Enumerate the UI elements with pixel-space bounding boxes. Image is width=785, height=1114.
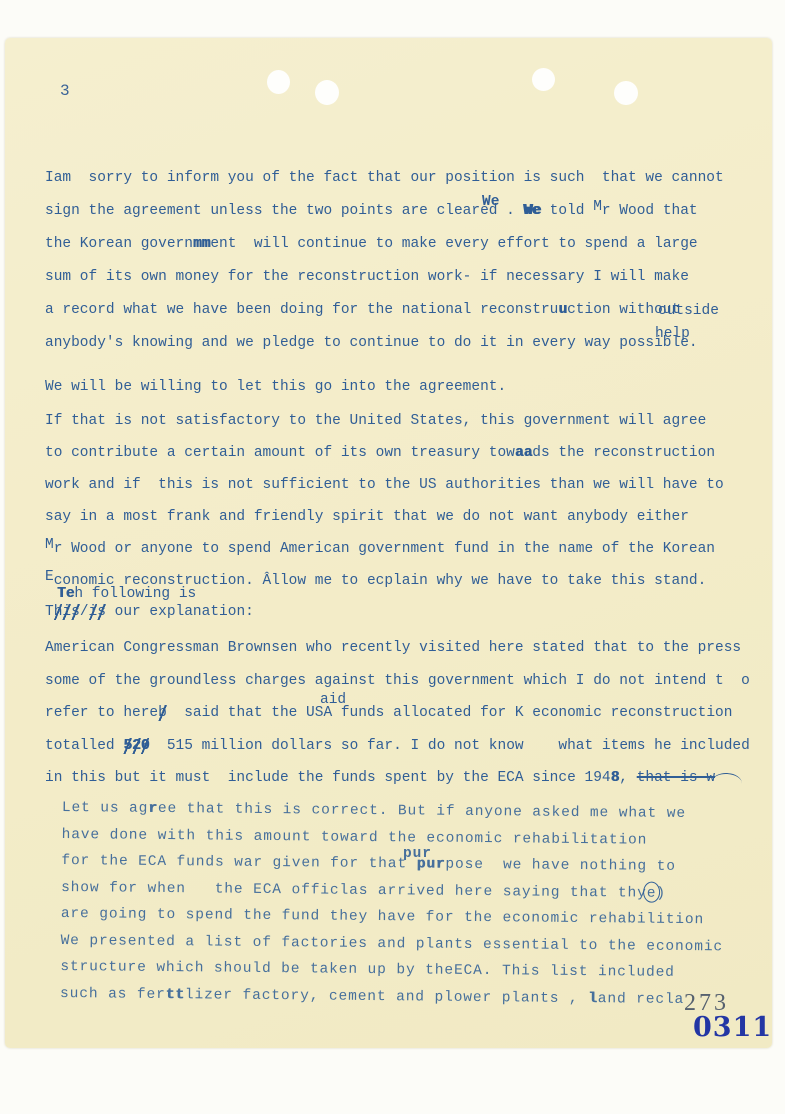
typed-insertion-pur: pur [403,846,432,862]
typed-correction: b [158,705,167,721]
text-line: Mr Wood or anyone to spend American gove… [45,533,724,565]
typed-correction: 8 [611,770,620,786]
text-line: say in a most frank and friendly spirit … [45,501,724,533]
document-page: 3 Iam sorry to inform you of the fact th… [5,38,772,1048]
line-our-explanation: This/is our explanation: [45,603,254,621]
punch-hole [315,80,339,105]
typed-text: T [45,604,54,620]
text-line: If that is not satisfactory to the Unite… [45,405,724,437]
text-line: Teh following is [57,585,196,603]
typed-text: ee that this is correct. But if anyone a… [158,801,686,822]
paragraph-congressman-brownsen: American Congressman Brownsen who recent… [45,632,750,795]
typed-text: We will be willing to let this go into t… [45,379,506,395]
text-line: the Korean governmment will continue to … [45,228,724,261]
typed-insertion-we: We [482,194,499,210]
typed-text: work and if this is not sufficient to th… [45,477,724,493]
text-line: Iam sorry to inform you of the fact that… [45,162,724,195]
typed-correction: s [97,604,106,620]
typed-text: a record what we have been doing for the… [45,302,558,318]
typed-text: refer to here [45,705,158,721]
text-line: to contribute a certain amount of its ow… [45,437,724,469]
typed-insertion-aid: aid [320,692,346,708]
typed-correction: mm [193,236,210,252]
typed-text: have done with this amount toward the ec… [62,826,648,848]
text-line: work and if this is not sufficient to th… [45,469,724,501]
typed-text: structure which should be taken up by th… [60,959,675,981]
paragraph-if-not-satisfactory: If that is not satisfactory to the Unite… [45,405,724,597]
typed-correction: r [148,801,158,817]
typed-text: told [541,203,593,219]
typed-text: 515 million dollars so far. I do not kno… [149,738,749,754]
text-line: sum of its own money for the reconstruct… [45,261,724,294]
typed-text: We presented a list of factories and pla… [61,932,724,954]
typed-text: said that the USA funds allocated for K … [167,705,733,721]
typed-text: ent will continue to make every effort t… [210,236,697,252]
typed-text: Iam sorry to inform you of the fact that… [45,170,724,186]
typed-correction: tt [166,987,185,1003]
typed-text: r Wood or anyone to spend American gover… [54,541,715,557]
typed-text: the Korean govern [45,236,193,252]
typed-correction: s [71,604,80,620]
text-line: such as ferttlizer factory, cement and p… [60,980,723,1013]
typed-text: totalled [45,738,123,754]
text-line: This/is our explanation: [45,603,254,621]
typed-correction: 5 [123,738,132,754]
typed-correction: e [647,885,657,901]
typed-correction: aa [515,445,532,461]
paragraph-willing-agreement: We will be willing to let this go into t… [45,371,506,404]
typed-correction: Te [57,586,74,602]
typed-correction: that is w [637,770,715,786]
typed-text: in this but it must include the funds sp… [45,770,611,786]
inserted-line-teh-following: Teh following is [57,585,196,603]
typed-text: sign the agreement unless the two points… [45,203,524,219]
punch-hole [267,70,290,94]
text-line: totalled 520 515 million dollars so far.… [45,730,750,763]
typed-correction [712,772,743,786]
paragraph-let-us-agree: Let us agree that this is correct. But i… [60,795,725,1013]
typed-correction: 2 [132,738,141,754]
typed-text: to contribute a certain amount of its ow… [45,445,515,461]
punch-hole [532,68,555,91]
typed-text: such as fer [60,985,166,1002]
typed-correction: l [588,991,598,1007]
page-number: 3 [60,82,70,100]
typed-text: show for when the ECA officlas arrived h… [61,879,647,901]
typed-text: and recla [598,991,685,1008]
typed-correction: u [558,302,567,318]
typed-text: h following is [74,586,196,602]
paragraph-position-statement: Iam sorry to inform you of the fact that… [45,162,724,360]
typed-text: Let us ag [62,800,149,817]
typed-correction: E [45,569,54,585]
typed-correction: M [45,537,54,553]
text-line: in this but it must include the funds sp… [45,762,750,795]
archive-stamp-0311: 0311 [693,1012,772,1043]
typed-text: our explanation: [106,604,254,620]
typed-text: American Congressman Brownsen who recent… [45,640,741,656]
typed-text: say in a most frank and friendly spirit … [45,509,689,525]
typed-text: for the ECA funds war given for that [61,853,416,872]
typed-correction: M [593,199,602,215]
typed-correction: We [524,203,541,219]
typed-text: r Wood that [602,203,698,219]
typed-text: , [619,770,636,786]
text-line: a record what we have been doing for the… [45,294,724,327]
typed-correction: i [89,604,98,620]
text-line: some of the groundless charges against t… [45,665,750,698]
text-line: American Congressman Brownsen who recent… [45,632,750,665]
typed-text: sum of its own money for the reconstruct… [45,269,689,285]
typed-correction: i [62,604,71,620]
typed-text: / [80,604,89,620]
text-line: sign the agreement unless the two points… [45,195,724,228]
typed-text: lizer factory, cement and plower plants … [185,987,588,1007]
typed-insertion-help: help [655,326,690,342]
text-line: refer to hereb said that the USA funds a… [45,697,750,730]
typed-text: ds the reconstruction [532,445,715,461]
scan-background: 3 Iam sorry to inform you of the fact th… [0,0,785,1114]
typed-text: pose we have nothing to [445,857,676,875]
typed-text: If that is not satisfactory to the Unite… [45,413,706,429]
punch-hole [614,81,638,105]
typed-text: anybody's knowing and we pledge to conti… [45,335,698,351]
typed-text: some of the groundless charges against t… [45,673,750,689]
typed-text: are going to spend the fund they have fo… [61,906,704,928]
typed-insertion-outside: outside [658,303,719,319]
text-line: We will be willing to let this go into t… [45,371,506,404]
text-line: anybody's knowing and we pledge to conti… [45,327,724,360]
